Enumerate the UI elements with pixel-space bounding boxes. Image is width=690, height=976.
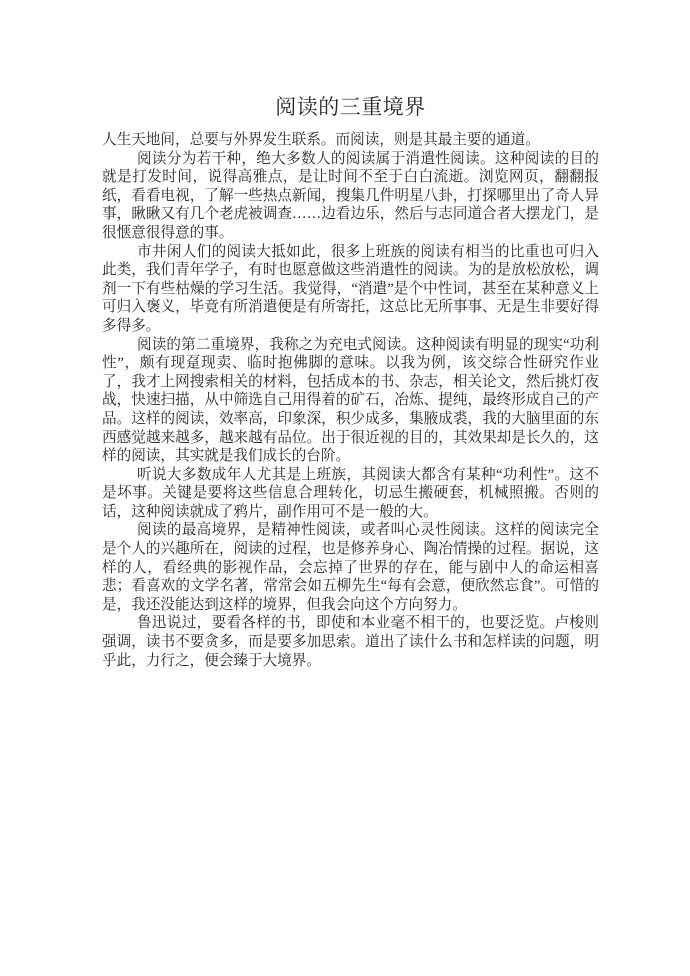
paragraph: 阅读的第二重境界，我称之为充电式阅读。这种阅读有明显的现实“功利性”，颇有现趸现… [102,336,599,466]
paragraph: 市井闲人们的阅读大抵如此，很多上班族的阅读有相当的比重也可归入此类，我们青年学子… [102,243,599,336]
paragraph: 阅读分为若干种，绝大多数人的阅读属于消遣性阅读。这种阅读的目的就是打发时间，说得… [102,150,599,243]
paragraph: 鲁迅说过，要看各样的书，即使和本业毫不相干的，也要泛览。卢梭则强调，读书不要贪多… [102,614,599,670]
document-content: 阅读的三重境界 人生天地间，总要与外界发生联系。而阅读，则是其最主要的通道。阅读… [102,92,599,670]
paragraph: 听说大多数成年人尤其是上班族，其阅读大都含有某种“功利性”。这不是坏事。关键是要… [102,466,599,522]
paragraph: 阅读的最高境界，是精神性阅读，或者叫心灵性阅读。这样的阅读完全是个人的兴趣所在，… [102,521,599,614]
article-body: 人生天地间，总要与外界发生联系。而阅读，则是其最主要的通道。阅读分为若干种，绝大… [102,131,599,670]
page-title: 阅读的三重境界 [102,92,599,122]
paragraph: 人生天地间，总要与外界发生联系。而阅读，则是其最主要的通道。 [102,131,599,150]
document-page: 阅读的三重境界 人生天地间，总要与外界发生联系。而阅读，则是其最主要的通道。阅读… [0,0,690,976]
